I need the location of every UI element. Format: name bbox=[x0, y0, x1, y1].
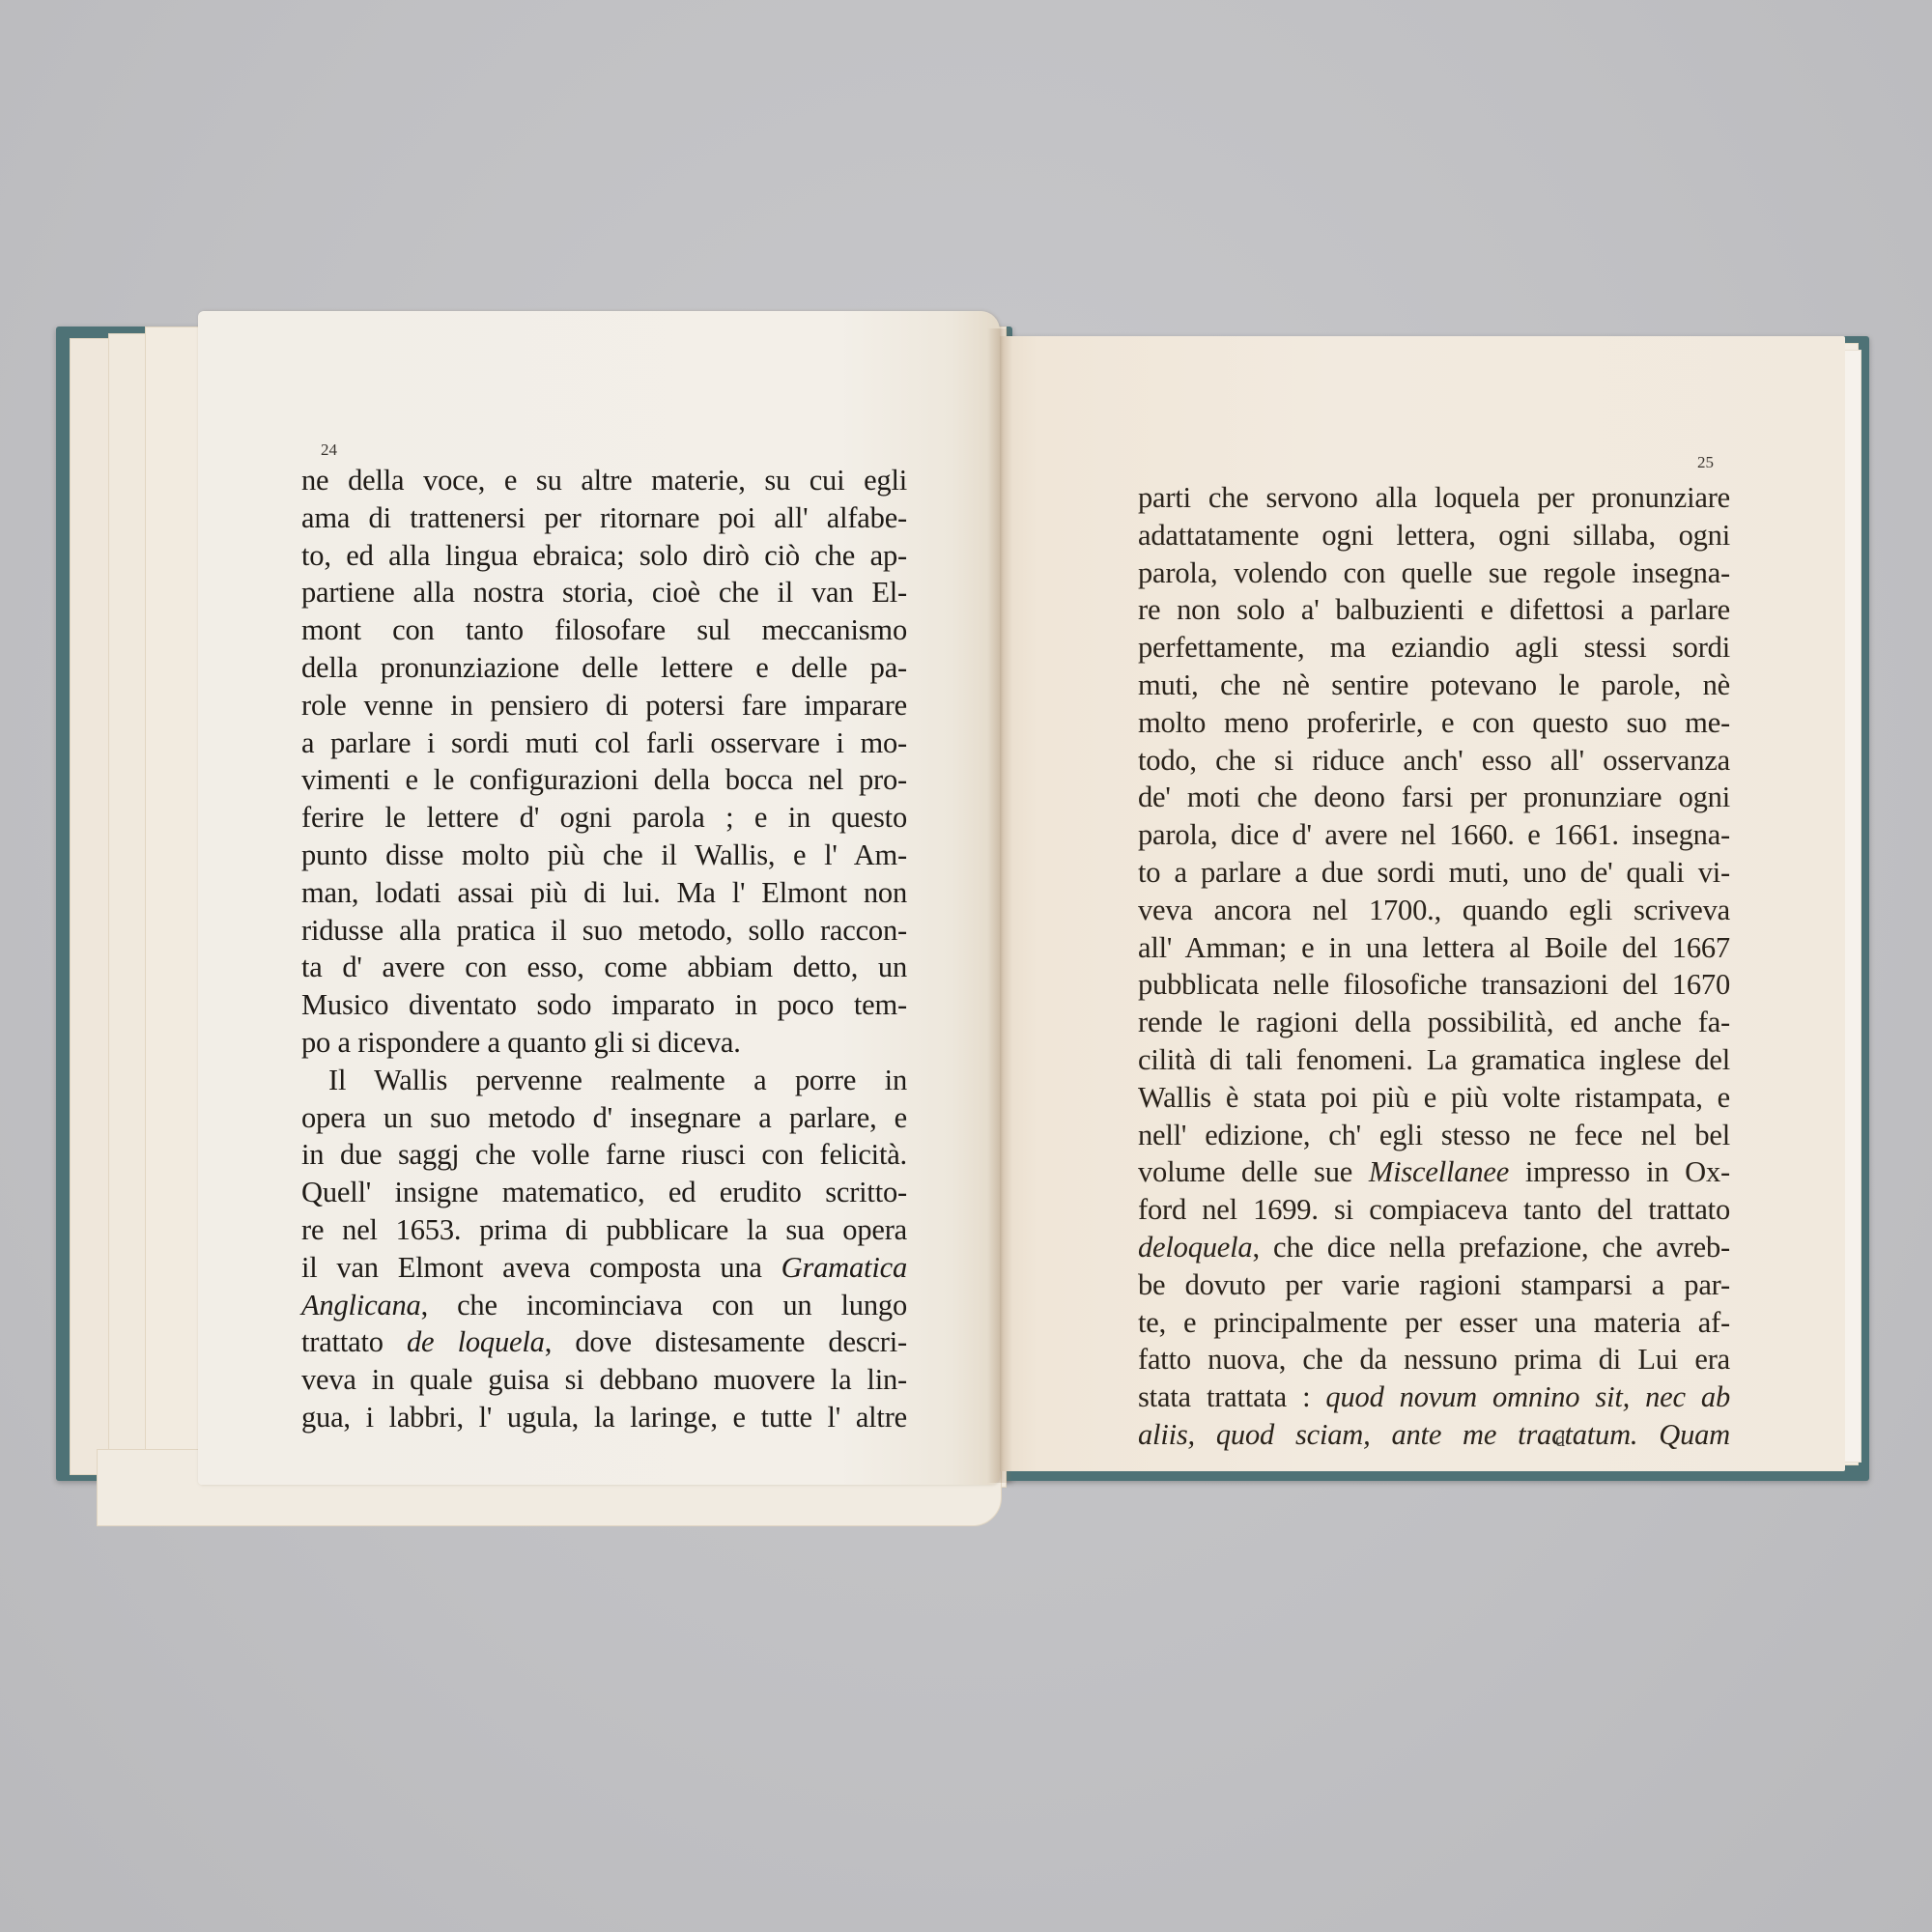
text-line: Wallis è stata poi più e più volte rista… bbox=[1138, 1079, 1730, 1117]
signature-mark: d bbox=[1555, 1430, 1565, 1452]
text-line: ford nel 1699. si compiaceva tanto del t… bbox=[1138, 1191, 1730, 1229]
text-line: parti che servono alla loquela per pronu… bbox=[1138, 479, 1730, 517]
text-line: perfettamente, ma eziandio agli stessi s… bbox=[1138, 629, 1730, 667]
text-line: volume delle sue Miscellanee impresso in… bbox=[1138, 1153, 1730, 1191]
text-line: mont con tanto filosofare sul meccanismo bbox=[301, 611, 907, 649]
italic-title: de loquela bbox=[407, 1325, 545, 1358]
text-line: stata trattata : quod novum omnino sit, … bbox=[1138, 1378, 1730, 1416]
text-run: il van Elmont aveva composta una bbox=[301, 1251, 762, 1284]
text-line: be dovuto per varie ragioni stamparsi a … bbox=[1138, 1266, 1730, 1304]
text-line: nell' edizione, ch' egli stesso ne fece … bbox=[1138, 1117, 1730, 1154]
text-line: deloquela, che dice nella prefazione, ch… bbox=[1138, 1229, 1730, 1266]
text-line: Quell' insigne matematico, ed erudito sc… bbox=[301, 1174, 907, 1211]
page-number-right: 25 bbox=[1697, 453, 1714, 472]
text-line: cilità di tali fenomeni. La gramatica in… bbox=[1138, 1041, 1730, 1079]
text-line: parola, dice d' avere nel 1660. e 1661. … bbox=[1138, 816, 1730, 854]
text-line: man, lodati assai più di lui. Ma l' Elmo… bbox=[301, 874, 907, 912]
italic-title: deloquela bbox=[1138, 1231, 1252, 1264]
paragraph-start-line: Il Wallis pervenne realmente a porre in bbox=[301, 1062, 907, 1099]
text-line: in due saggj che volle farne riusci con … bbox=[301, 1136, 907, 1174]
page-number-left: 24 bbox=[321, 440, 337, 460]
text-line: role venne in pensiero di potersi fare i… bbox=[301, 687, 907, 724]
text-line: ama di trattenersi per ritornare poi all… bbox=[301, 499, 907, 537]
text-run: trattato bbox=[301, 1325, 384, 1358]
text-line: ta d' avere con esso, come abbiam detto,… bbox=[301, 949, 907, 986]
text-run: , che dice nella prefazione, che avreb- bbox=[1252, 1231, 1730, 1264]
text-run: impresso in Ox- bbox=[1525, 1155, 1730, 1188]
text-line: Musico diventato sodo imparato in poco t… bbox=[301, 986, 907, 1024]
italic-title: Miscellanee bbox=[1369, 1155, 1509, 1188]
text-line: parola, volendo con quelle sue regole in… bbox=[1138, 554, 1730, 592]
text-line: veva ancora nel 1700., quando egli scriv… bbox=[1138, 892, 1730, 929]
text-line: rende le ragioni della possibilità, ed a… bbox=[1138, 1004, 1730, 1041]
latin-quote-line: aliis, quod sciam, ante me tractatum. Qu… bbox=[1138, 1416, 1730, 1454]
italic-title: Gramatica bbox=[781, 1251, 907, 1284]
text-line: gua, i labbri, l' ugula, la laringe, e t… bbox=[301, 1399, 907, 1436]
text-line: a parlare i sordi muti col farli osserva… bbox=[301, 724, 907, 762]
text-line: ridusse alla pratica il suo metodo, soll… bbox=[301, 912, 907, 950]
latin-quote: quod novum omnino sit, nec ab bbox=[1325, 1380, 1730, 1413]
text-line: to, ed alla lingua ebraica; solo dirò ci… bbox=[301, 537, 907, 575]
text-line: po a rispondere a quanto gli si diceva. bbox=[301, 1024, 907, 1062]
text-line: todo, che si riduce anch' esso all' osse… bbox=[1138, 742, 1730, 780]
text-line: to a parlare a due sordi muti, uno de' q… bbox=[1138, 854, 1730, 892]
text-line: re nel 1653. prima di pubblicare la sua … bbox=[301, 1211, 907, 1249]
text-line: adattatamente ogni lettera, ogni sillaba… bbox=[1138, 517, 1730, 554]
text-line: ne della voce, e su altre materie, su cu… bbox=[301, 462, 907, 499]
text-line: Anglicana, che incominciava con un lungo bbox=[301, 1287, 907, 1324]
text-line: trattato de loquela, dove distesamente d… bbox=[301, 1323, 907, 1361]
text-line: de' moti che deono farsi per pronunziare… bbox=[1138, 779, 1730, 816]
text-line: veva in quale guisa si debbano muovere l… bbox=[301, 1361, 907, 1399]
text-run: , che incominciava con un lungo bbox=[421, 1289, 907, 1321]
italic-title: Anglicana bbox=[301, 1289, 421, 1321]
text-line: pubblicata nelle filosofiche transazioni… bbox=[1138, 966, 1730, 1004]
text-line: muti, che nè sentire potevano le parole,… bbox=[1138, 667, 1730, 704]
text-run: stata trattata : bbox=[1138, 1380, 1310, 1413]
text-line: molto meno proferirle, e con questo suo … bbox=[1138, 704, 1730, 742]
text-run: , dove distesamente descri- bbox=[545, 1325, 907, 1358]
left-page-text: ne della voce, e su altre materie, su cu… bbox=[301, 462, 907, 1436]
text-line: vimenti e le configurazioni della bocca … bbox=[301, 761, 907, 799]
text-line: all' Amman; e in una lettera al Boile de… bbox=[1138, 929, 1730, 967]
text-run: volume delle sue bbox=[1138, 1155, 1352, 1188]
text-line: re non solo a' balbuzienti e difettosi a… bbox=[1138, 591, 1730, 629]
text-line: punto disse molto più che il Wallis, e l… bbox=[301, 837, 907, 874]
text-line: fatto nuova, che da nessuno prima di Lui… bbox=[1138, 1341, 1730, 1378]
text-line: ferire le lettere d' ogni parola ; e in … bbox=[301, 799, 907, 837]
text-line: partiene alla nostra storia, cioè che il… bbox=[301, 574, 907, 611]
right-page-text: parti che servono alla loquela per pronu… bbox=[1138, 479, 1730, 1454]
text-line: opera un suo metodo d' insegnare a parla… bbox=[301, 1099, 907, 1137]
text-line: te, e principalmente per esser una mater… bbox=[1138, 1304, 1730, 1342]
book-gutter bbox=[987, 328, 1012, 1483]
text-line: il van Elmont aveva composta una Gramati… bbox=[301, 1249, 907, 1287]
text-line: della pronunziazione delle lettere e del… bbox=[301, 649, 907, 687]
